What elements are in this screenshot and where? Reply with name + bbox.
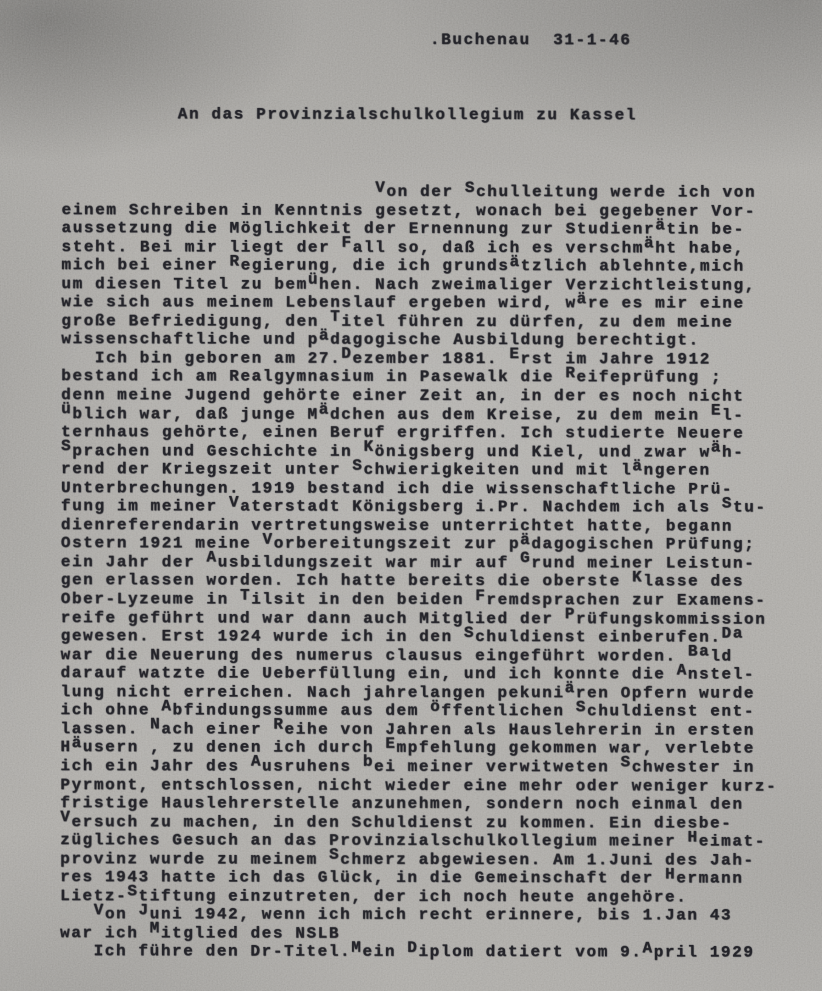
letter-line: ich ohne Abfindungssumme aus dem öffentl… xyxy=(60,701,800,721)
raised-character: H xyxy=(665,865,676,883)
raised-character: V xyxy=(375,178,386,196)
letter-line: darauf watzte die Ueberfüllung ein, und … xyxy=(61,664,801,684)
raised-character: A xyxy=(161,697,172,715)
raised-character: V xyxy=(262,530,273,548)
raised-character: S xyxy=(329,846,340,864)
raised-character: ä xyxy=(510,253,521,271)
letter-line: um diesen Titel zu bemühen. Nach zweimal… xyxy=(61,275,801,295)
recipient-line: An das Provinzialschulkollegium zu Kasse… xyxy=(178,105,637,124)
raised-character: S xyxy=(464,624,475,642)
raised-character: K xyxy=(632,568,643,586)
raised-character: T xyxy=(240,586,251,604)
raised-character: ä xyxy=(711,439,722,457)
raised-character: ä xyxy=(644,234,655,252)
raised-character: F xyxy=(475,587,486,605)
letter-body: Von der Schulleitung werde ich voneinem … xyxy=(60,182,802,963)
letter-line: Von Juni 1942, wenn ich mich recht erinn… xyxy=(60,905,800,925)
letter-line: res 1943 hatte ich das Glück, in die Gem… xyxy=(60,868,800,888)
letter-line: Sprachen und Geschichte in Königsberg un… xyxy=(61,442,801,462)
letter-line: wie sich aus meinem Lebenslauf ergeben w… xyxy=(61,293,801,313)
raised-character: V xyxy=(60,808,71,826)
raised-character: S xyxy=(576,698,587,716)
raised-character: R xyxy=(565,364,576,382)
raised-character: ä xyxy=(632,457,643,475)
letter-line: Pyrmont, entschlossen, nicht wieder eine… xyxy=(60,776,800,796)
raised-character: D xyxy=(407,939,418,957)
letter-line: Unterbrechungen. 1919 bestand ich die wi… xyxy=(61,479,801,499)
raised-character: E xyxy=(711,402,722,420)
raised-character: V xyxy=(94,901,105,919)
letter-line: denn meine Jugend gehörte einer Zeit an,… xyxy=(61,386,801,406)
letter-line: Ober-Lyzeume in Tilsit in den beiden Fre… xyxy=(61,590,801,610)
raised-character: S xyxy=(127,883,138,901)
raised-character: ü xyxy=(308,271,319,289)
letter-line: wissenschaftliche und pädagogische Ausbi… xyxy=(61,331,801,351)
letter-line: ich ein Jahr des Ausruhens bei meiner ve… xyxy=(60,757,800,777)
letter-line: zügliches Gesuch an das Provinzialschulk… xyxy=(60,831,800,851)
letter-page: .Buchenau 31-1-46 An das Provinzialschul… xyxy=(0,0,822,991)
letter-line: Von der Schulleitung werde ich von xyxy=(62,182,802,202)
raised-character: K xyxy=(363,438,374,456)
raised-character: a xyxy=(733,624,744,642)
raised-character: D xyxy=(722,624,733,642)
raised-character: S xyxy=(61,437,72,455)
letter-line: bestand ich am Realgymnasium in Pasewalk… xyxy=(61,368,801,388)
letter-line: ein Jahr der Ausbildungszeit war mir auf… xyxy=(61,553,801,573)
letter-line: ternhaus gehörte, einen Beruf ergriffen.… xyxy=(61,423,801,443)
raised-character: F xyxy=(342,234,353,252)
raised-character: M xyxy=(150,920,161,938)
raised-character: J xyxy=(138,901,149,919)
letter-line: mich bei einer Regierung, die ich grunds… xyxy=(61,256,801,276)
raised-character: b xyxy=(363,753,374,771)
raised-character: ä xyxy=(577,290,588,308)
letter-line: Ich führe den Dr-Titel.Mein Diplom datie… xyxy=(60,943,800,963)
raised-character: ü xyxy=(61,400,72,418)
letter-line: steht. Bei mir liegt der Fall so, daß ic… xyxy=(61,238,801,258)
raised-character: A xyxy=(206,549,217,567)
raised-character: A xyxy=(677,661,688,679)
raised-character: S xyxy=(352,456,363,474)
raised-character: ä xyxy=(319,401,330,419)
raised-character: E xyxy=(509,345,520,363)
raised-character: B xyxy=(688,643,699,661)
letter-line: reife geführt und war dann auch Mitglied… xyxy=(61,609,801,629)
raised-character: D xyxy=(341,345,352,363)
typewritten-text-layer: .Buchenau 31-1-46 An das Provinzialschul… xyxy=(0,0,822,991)
raised-character: S xyxy=(620,754,631,772)
letter-line: war ich Mitglied des NSLB xyxy=(60,924,800,944)
raised-character: H xyxy=(688,828,699,846)
letter-line: Ich bin geboren am 27.Dezember 1881. Ers… xyxy=(61,349,801,369)
letter-line: war die Neuerung des numerus clausus ein… xyxy=(61,646,801,666)
raised-character: ä xyxy=(565,679,576,697)
raised-character: A xyxy=(642,939,653,957)
raised-character: M xyxy=(351,939,362,957)
raised-character: P xyxy=(565,605,576,623)
letter-line: große Befriedigung, den Titel führen zu … xyxy=(61,312,801,332)
raised-character: ä xyxy=(319,327,330,345)
letter-line: gen erlassen worden. Ich hatte bereits d… xyxy=(61,572,801,592)
letter-line: fristige Hauslehrerstelle anzunehmen, so… xyxy=(60,794,800,814)
letter-line: Ostern 1921 meine Vorbereitungszeit zur … xyxy=(61,535,801,555)
letter-line: Lietz-Stiftung einzutreten, der ich noch… xyxy=(60,887,800,907)
raised-character: ä xyxy=(655,216,666,234)
raised-character: G xyxy=(520,550,531,568)
raised-character: ä xyxy=(520,531,531,549)
letter-line: üblich war, daß junge Mädchen aus dem Kr… xyxy=(61,405,801,425)
raised-character: R xyxy=(273,716,284,734)
raised-character: S xyxy=(465,178,476,196)
letter-line: fung im meiner Vaterstadt Königsberg i.P… xyxy=(61,497,801,517)
raised-character: T xyxy=(330,308,341,326)
letter-line: aussetzung die Möglichkeit der Ernennung… xyxy=(62,219,802,239)
raised-character: E xyxy=(385,735,396,753)
letter-line: dienreferendarin vertretungsweise unterr… xyxy=(61,516,801,536)
raised-character: ä xyxy=(72,734,83,752)
raised-character: A xyxy=(251,753,262,771)
raised-character: a xyxy=(699,643,710,661)
raised-character: N xyxy=(150,716,161,734)
letter-line: rend der Kriegszeit unter Schwierigkeite… xyxy=(61,460,801,480)
letter-line: provinz wurde zu meinem Schmerz abgewies… xyxy=(60,850,800,870)
letter-line: Häusern , zu denen ich durch Empfehlung … xyxy=(60,739,800,759)
raised-character: ö xyxy=(430,698,441,716)
raised-character: R xyxy=(229,252,240,270)
letter-line: einem Schreiben in Kenntnis gesetzt, won… xyxy=(62,201,802,221)
raised-character: V xyxy=(229,493,240,511)
letter-line: lassen. Nach einer Reihe von Jahren als … xyxy=(60,720,800,740)
raised-character: S xyxy=(722,494,733,512)
dateline: .Buchenau 31-1-46 xyxy=(430,31,632,49)
